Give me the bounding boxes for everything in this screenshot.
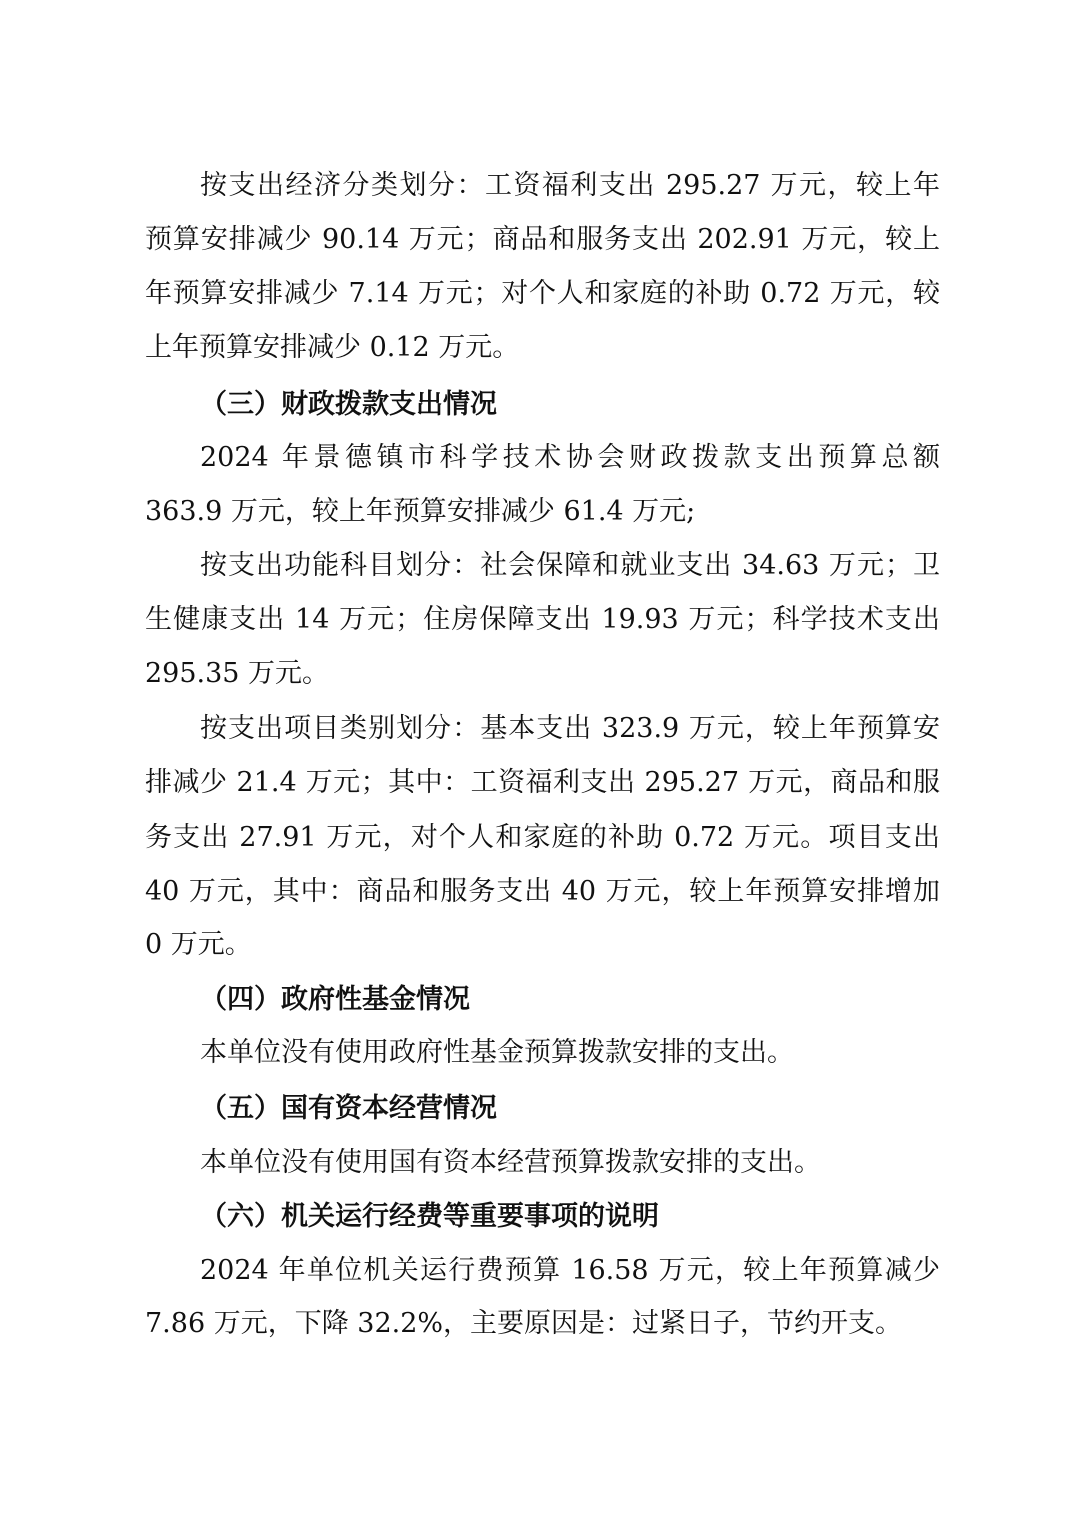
section-heading: （四）政府性基金情况 [200, 980, 470, 1020]
document-page: 按支出经济分类划分：工资福利支出 295.27 万元，较上年 预算安排减少 90… [0, 0, 1074, 1520]
paragraph-line: 本单位没有使用国有资本经营预算拨款安排的支出。 [200, 1143, 940, 1183]
paragraph-line: 7.86 万元，下降 32.2%，主要原因是：过紧日子，节约开支。 [145, 1304, 940, 1344]
section-heading: （五）国有资本经营情况 [200, 1089, 497, 1129]
paragraph-line: 0 万元。 [145, 925, 940, 965]
paragraph-line: 本单位没有使用政府性基金预算拨款安排的支出。 [200, 1033, 940, 1073]
paragraph-line: 生健康支出 14 万元；住房保障支出 19.93 万元；科学技术支出 [145, 600, 940, 640]
paragraph-line: 按支出项目类别划分：基本支出 323.9 万元，较上年预算安 [200, 709, 940, 749]
paragraph-line: 2024 年景德镇市科学技术协会财政拨款支出预算总额 [200, 438, 940, 478]
paragraph-line: 务支出 27.91 万元，对个人和家庭的补助 0.72 万元。项目支出 [145, 818, 940, 858]
paragraph-line: 40 万元，其中：商品和服务支出 40 万元，较上年预算安排增加 [145, 872, 940, 912]
paragraph-line: 上年预算安排减少 0.12 万元。 [145, 328, 940, 368]
paragraph-line: 排减少 21.4 万元；其中：工资福利支出 295.27 万元，商品和服 [145, 763, 940, 803]
paragraph-line: 2024 年单位机关运行费预算 16.58 万元，较上年预算减少 [200, 1251, 940, 1291]
paragraph-line: 295.35 万元。 [145, 654, 940, 694]
section-heading: （三）财政拨款支出情况 [200, 385, 497, 425]
paragraph-line: 按支出经济分类划分：工资福利支出 295.27 万元，较上年 [200, 166, 940, 206]
section-heading: （六）机关运行经费等重要事项的说明 [200, 1197, 659, 1237]
paragraph-line: 按支出功能科目划分：社会保障和就业支出 34.63 万元；卫 [200, 546, 940, 586]
paragraph-line: 年预算安排减少 7.14 万元；对个人和家庭的补助 0.72 万元，较 [145, 274, 940, 314]
paragraph-line: 预算安排减少 90.14 万元；商品和服务支出 202.91 万元，较上 [145, 220, 940, 260]
paragraph-line: 363.9 万元，较上年预算安排减少 61.4 万元; [145, 492, 940, 532]
